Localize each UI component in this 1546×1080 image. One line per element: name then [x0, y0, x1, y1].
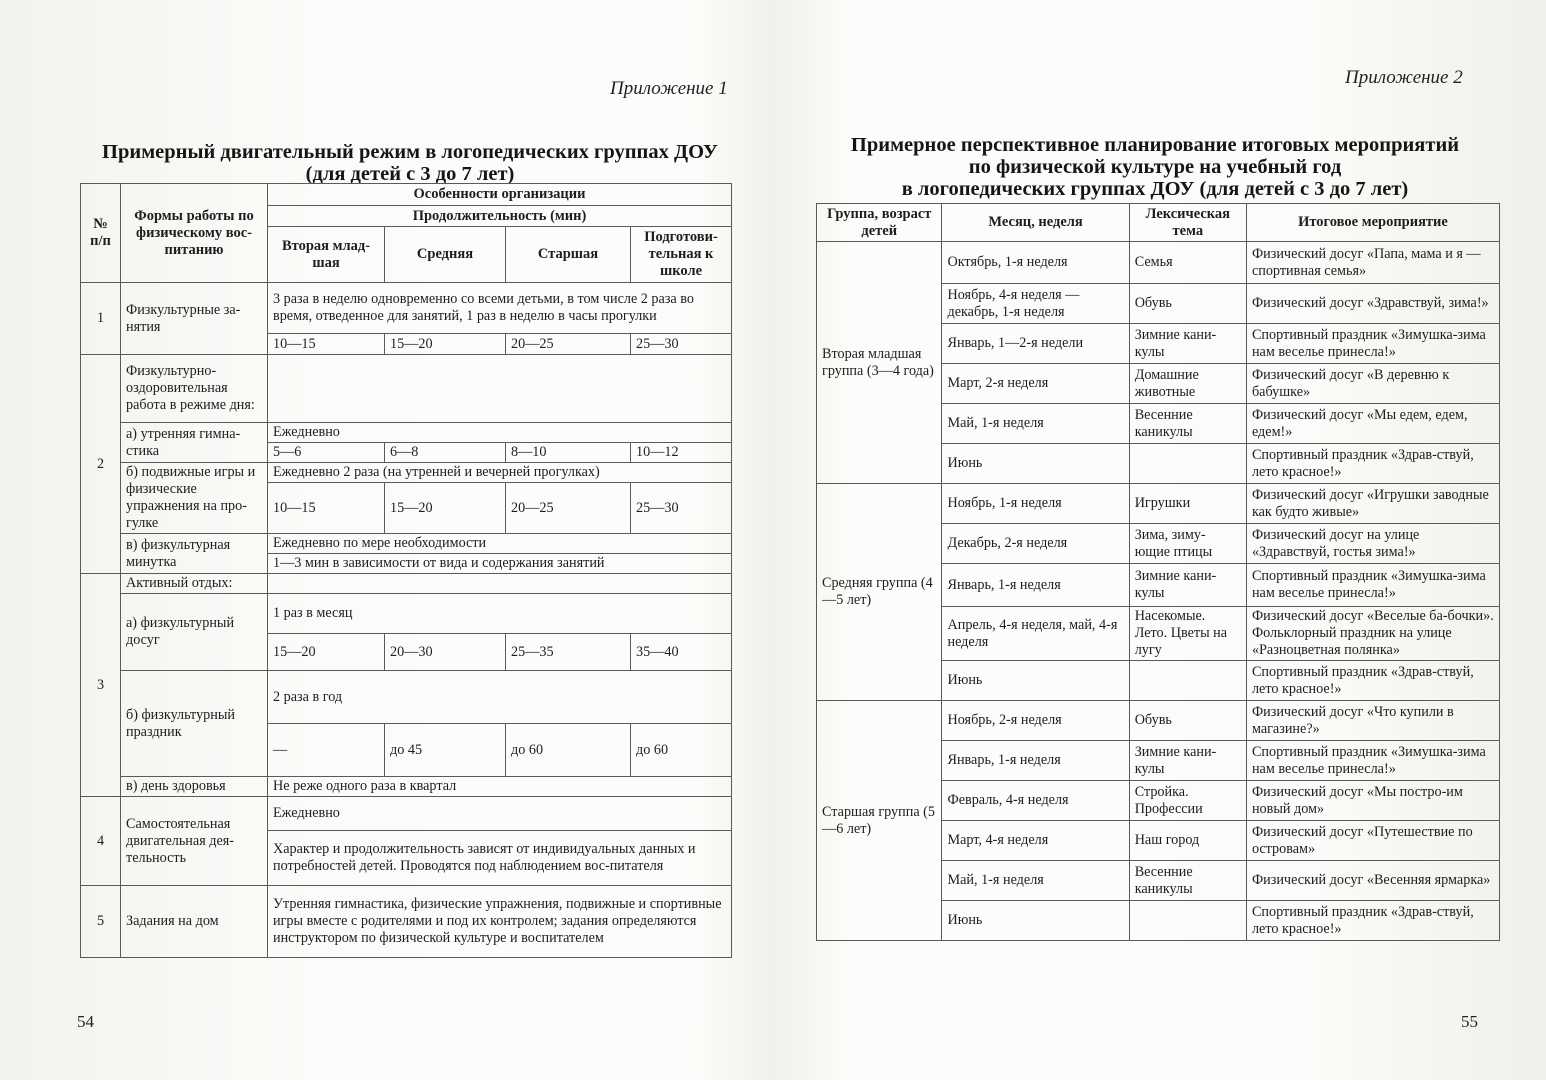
month-cell: Июнь	[942, 444, 1129, 484]
event-cell: Физический досуг «Путешествие по острова…	[1246, 821, 1499, 861]
month-cell: Ноябрь, 2-я неделя	[942, 701, 1129, 741]
row-name: в) физкультурная минутка	[121, 534, 268, 574]
row-name: Активный отдых:	[121, 574, 268, 594]
row-name: а) утренняя гимна-стика	[121, 423, 268, 463]
theme-cell: Весенние каникулы	[1129, 861, 1246, 901]
month-cell: Июнь	[942, 901, 1129, 941]
value-cell: до 60	[631, 724, 732, 777]
event-cell: Спортивный праздник «Зимушка-зима нам ве…	[1246, 564, 1499, 607]
value-cell: 5—6	[268, 443, 385, 463]
header-group: Группа, возраст детей	[817, 204, 942, 242]
theme-cell: Наш город	[1129, 821, 1246, 861]
value-cell: 25—30	[631, 483, 732, 534]
group-cell: Старшая группа (5—6 лет)	[817, 701, 942, 941]
month-cell: Ноябрь, 4-я неделя — декабрь, 1-я неделя	[942, 284, 1129, 324]
month-cell: Январь, 1-я неделя	[942, 741, 1129, 781]
row-name: Физкультурно-оздоровительная работа в ре…	[121, 355, 268, 423]
title-line: по физической культуре на учебный год	[810, 156, 1500, 178]
row-note: Утренняя гимнастика, физические упражнен…	[268, 886, 732, 958]
page-number: 55	[1461, 1012, 1478, 1032]
value-cell: 25—30	[631, 334, 732, 355]
row-name: Задания на дом	[121, 886, 268, 958]
month-cell: Март, 4-я неделя	[942, 821, 1129, 861]
row-note: 2 раза в год	[268, 671, 732, 724]
month-cell: Январь, 1-я неделя	[942, 564, 1129, 607]
header-num: № п/п	[81, 184, 121, 283]
value-cell: 6—8	[385, 443, 506, 463]
value-cell: —	[268, 724, 385, 777]
table-row: Вторая младшая группа (3—4 года)Октябрь,…	[817, 242, 1500, 284]
group-cell: Вторая младшая группа (3—4 года)	[817, 242, 942, 484]
value-cell: 8—10	[506, 443, 631, 463]
row-name: б) физкультурный праздник	[121, 671, 268, 777]
row-name: Физкультурные за-нятия	[121, 283, 268, 355]
month-cell: Февраль, 4-я неделя	[942, 781, 1129, 821]
month-cell: Июнь	[942, 661, 1129, 701]
header-group: Подготови-тельная к школе	[631, 227, 732, 283]
theme-cell: Игрушки	[1129, 484, 1246, 524]
row-note: 1 раз в месяц	[268, 594, 732, 634]
month-cell: Ноябрь, 1-я неделя	[942, 484, 1129, 524]
value-cell: 15—20	[385, 334, 506, 355]
row-note: Ежедневно 2 раза (на утренней и вечерней…	[268, 463, 732, 483]
event-cell: Спортивный праздник «Зимушка-зима нам ве…	[1246, 741, 1499, 781]
row-note: 1—3 мин в зависимости от вида и содержан…	[268, 554, 732, 574]
page-title: Примерное перспективное планирование ито…	[810, 134, 1500, 200]
header-group: Старшая	[506, 227, 631, 283]
table-row: 5 Задания на дом Утренняя гимнастика, фи…	[81, 886, 732, 958]
header-duration: Продолжительность (мин)	[268, 206, 732, 227]
table-row: а) утренняя гимна-стика Ежедневно	[81, 423, 732, 443]
event-cell: Физический досуг «Игрушки заводные как б…	[1246, 484, 1499, 524]
row-number: 2	[81, 355, 121, 574]
event-cell: Физический досуг «В деревню к бабушке»	[1246, 364, 1499, 404]
value-cell: 10—15	[268, 483, 385, 534]
month-cell: Январь, 1—2-я недели	[942, 324, 1129, 364]
row-note: Ежедневно	[268, 423, 732, 443]
title-line: Примерный двигательный режим в логопедич…	[80, 141, 740, 163]
appendix-label: Приложение 1	[610, 78, 728, 100]
event-cell: Физический досуг «Мы едем, едем, едем!»	[1246, 404, 1499, 444]
month-cell: Апрель, 4-я неделя, май, 4-я неделя	[942, 607, 1129, 661]
theme-cell: Зимние кани-кулы	[1129, 324, 1246, 364]
month-cell: Май, 1-я неделя	[942, 404, 1129, 444]
header-group: Средняя	[385, 227, 506, 283]
row-note: Ежедневно по мере необходимости	[268, 534, 732, 554]
left-page: Приложение 1 Примерный двигательный режи…	[0, 0, 760, 1080]
group-cell: Средняя группа (4—5 лет)	[817, 484, 942, 701]
theme-cell: Насекомые. Лето. Цветы на лугу	[1129, 607, 1246, 661]
title-line: в логопедических группах ДОУ (для детей …	[810, 178, 1500, 200]
table-row: 4 Самостоятельная двигательная дея-тельн…	[81, 797, 732, 831]
theme-cell	[1129, 901, 1246, 941]
event-cell: Физический досуг «Весенняя ярмарка»	[1246, 861, 1499, 901]
theme-cell: Зимние кани-кулы	[1129, 741, 1246, 781]
event-cell: Спортивный праздник «Здрав-ствуй, лето к…	[1246, 901, 1499, 941]
table-row: Старшая группа (5—6 лет)Ноябрь, 2-я неде…	[817, 701, 1500, 741]
theme-cell: Зима, зиму-ющие птицы	[1129, 524, 1246, 564]
theme-cell: Зимние кани-кулы	[1129, 564, 1246, 607]
table-row: в) день здоровья Не реже одного раза в к…	[81, 777, 732, 797]
value-cell: 20—25	[506, 483, 631, 534]
value-cell: 15—20	[385, 483, 506, 534]
event-cell: Физический досуг «Что купили в магазине?…	[1246, 701, 1499, 741]
event-cell: Спортивный праздник «Здрав-ствуй, лето к…	[1246, 661, 1499, 701]
page-number: 54	[77, 1012, 94, 1032]
event-cell: Физический досуг «Папа, мама и я — спорт…	[1246, 242, 1499, 284]
value-cell: 15—20	[268, 634, 385, 671]
theme-cell	[1129, 661, 1246, 701]
theme-cell: Обувь	[1129, 701, 1246, 741]
month-cell: Март, 2-я неделя	[942, 364, 1129, 404]
theme-cell: Весенние каникулы	[1129, 404, 1246, 444]
empty-cell	[268, 574, 732, 594]
header-month: Месяц, неделя	[942, 204, 1129, 242]
events-plan-table: Группа, возраст детей Месяц, неделя Лекс…	[816, 203, 1500, 941]
empty-cell	[268, 355, 732, 423]
table-row: 1 Физкультурные за-нятия 3 раза в неделю…	[81, 283, 732, 334]
value-cell: 35—40	[631, 634, 732, 671]
event-cell: Физический досуг «Веселые ба-бочки». Фол…	[1246, 607, 1499, 661]
event-cell: Спортивный праздник «Зимушка-зима нам ве…	[1246, 324, 1499, 364]
row-name: б) подвижные игры и физические упражнени…	[121, 463, 268, 534]
event-cell: Физический досуг «Мы постро-им новый дом…	[1246, 781, 1499, 821]
header-theme: Лексическая тема	[1129, 204, 1246, 242]
table-row: 2 Физкультурно-оздоровительная работа в …	[81, 355, 732, 423]
event-cell: Физический досуг на улице «Здравствуй, г…	[1246, 524, 1499, 564]
value-cell: до 60	[506, 724, 631, 777]
month-cell: Декабрь, 2-я неделя	[942, 524, 1129, 564]
value-cell: 10—12	[631, 443, 732, 463]
header-event: Итоговое мероприятие	[1246, 204, 1499, 242]
value-cell: 20—30	[385, 634, 506, 671]
row-note: Ежедневно	[268, 797, 732, 831]
row-note: Характер и продолжительность зависят от …	[268, 831, 732, 886]
header-forms: Формы работы по физическому вос-питанию	[121, 184, 268, 283]
value-cell: 10—15	[268, 334, 385, 355]
table-row: 3 Активный отдых:	[81, 574, 732, 594]
table-row: Средняя группа (4—5 лет)Ноябрь, 1-я неде…	[817, 484, 1500, 524]
row-number: 4	[81, 797, 121, 886]
row-name: Самостоятельная двигательная дея-тельнос…	[121, 797, 268, 886]
motor-regime-table: № п/п Формы работы по физическому вос-пи…	[80, 183, 732, 958]
theme-cell: Обувь	[1129, 284, 1246, 324]
row-number: 3	[81, 574, 121, 797]
row-note: Не реже одного раза в квартал	[268, 777, 732, 797]
month-cell: Май, 1-я неделя	[942, 861, 1129, 901]
value-cell: до 45	[385, 724, 506, 777]
theme-cell: Стройка. Профессии	[1129, 781, 1246, 821]
theme-cell: Семья	[1129, 242, 1246, 284]
table-row: а) физкультурный досуг 1 раз в месяц	[81, 594, 732, 634]
row-number: 5	[81, 886, 121, 958]
title-line: Примерное перспективное планирование ито…	[810, 134, 1500, 156]
value-cell: 20—25	[506, 334, 631, 355]
table-row: в) физкультурная минутка Ежедневно по ме…	[81, 534, 732, 554]
page-title: Примерный двигательный режим в логопедич…	[80, 141, 740, 185]
row-note: 3 раза в неделю одновременно со всеми де…	[268, 283, 732, 334]
header-org: Особенности организации	[268, 184, 732, 206]
table-row: б) физкультурный праздник 2 раза в год	[81, 671, 732, 724]
value-cell: 25—35	[506, 634, 631, 671]
theme-cell	[1129, 444, 1246, 484]
title-line: (для детей с 3 до 7 лет)	[80, 163, 740, 185]
appendix-label: Приложение 2	[1345, 67, 1463, 89]
row-number: 1	[81, 283, 121, 355]
header-group: Вторая млад-шая	[268, 227, 385, 283]
row-name: а) физкультурный досуг	[121, 594, 268, 671]
theme-cell: Домашние животные	[1129, 364, 1246, 404]
table-row: б) подвижные игры и физические упражнени…	[81, 463, 732, 483]
right-page: Приложение 2 Примерное перспективное пла…	[780, 0, 1546, 1080]
event-cell: Физический досуг «Здравствуй, зима!»	[1246, 284, 1499, 324]
month-cell: Октябрь, 1-я неделя	[942, 242, 1129, 284]
event-cell: Спортивный праздник «Здрав-ствуй, лето к…	[1246, 444, 1499, 484]
row-name: в) день здоровья	[121, 777, 268, 797]
